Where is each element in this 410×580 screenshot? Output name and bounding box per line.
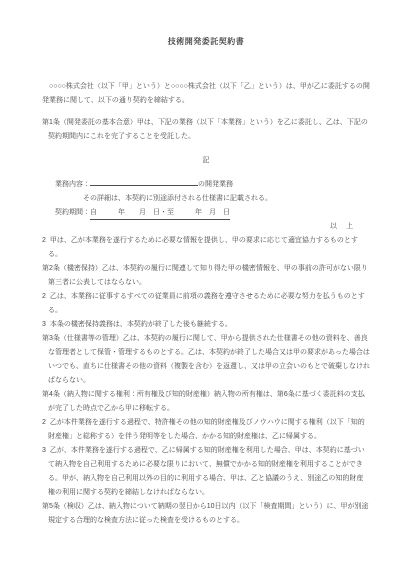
- contract-period-value: 自 年 月 日・至 年 月 日: [90, 206, 230, 220]
- clause-number: 2: [42, 419, 46, 426]
- document-title: 技術開発委託契約書: [42, 36, 370, 48]
- clause-text: 乙が、本件業務を遂行する過程で、乙に帰属する知的財産権を利用した場合、甲は、本契…: [48, 447, 365, 496]
- contract-clause: 第5条（検収）乙は、納入物について納期の翌日から10日以内（以下「検査期間」とい…: [42, 500, 370, 528]
- clause-text: 第5条（検収）乙は、納入物について納期の翌日から10日以内（以下「検査期間」とい…: [42, 503, 369, 524]
- article-1-clause: 第1条（開発委託の基本合意）甲は、下記の業務（以下「本業務」という）を乙に委託し…: [42, 116, 370, 144]
- clause-text: 第4条（納入物に関する権利：所有権及び知的財産権）納入物の所有権は、第6条に基づ…: [42, 391, 365, 412]
- work-detail-note: その詳細は、本契約に別途添付される仕様書に記載される。: [83, 192, 370, 206]
- contract-period-line: 契約期間：自 年 月 日・至 年 月 日: [55, 206, 370, 220]
- contract-clause: 第4条（納入物に関する権利：所有権及び知的財産権）納入物の所有権は、第6条に基づ…: [42, 388, 370, 416]
- clause-text: 乙は、本業務に従事するすべての従業員に前項の義務を遵守させるために必要な努力を払…: [48, 293, 365, 314]
- contract-clause: 2甲は、乙が本業務を遂行するために必要な情報を提供し、甲の要求に応じて適宜協力す…: [42, 234, 370, 262]
- contract-clause: 2乙が本件業務を遂行する過程で、特許権その他の知的財産権及びノウハウに関する権利…: [42, 416, 370, 444]
- clause-number: 3: [42, 447, 46, 454]
- clause-text: 甲は、乙が本業務を遂行するために必要な情報を提供し、甲の要求に応じて適宜協力する…: [48, 237, 358, 258]
- closing-ijo: 以 上: [42, 220, 370, 234]
- contract-clause: 3本条の機密保持義務は、本契約が終了した後も継続する。: [42, 318, 370, 332]
- contract-period-label: 契約期間：: [55, 209, 90, 216]
- work-description-line: 業務内容：の開発業務: [55, 178, 370, 192]
- work-description-label: 業務内容：: [55, 181, 90, 188]
- clause-text: 本条の機密保持義務は、本契約が終了した後も継続する。: [50, 321, 232, 328]
- preamble-paragraph: ○○○○株式会社（以下「甲」という）と○○○○株式会社（以下「乙」という）は、甲…: [42, 80, 370, 108]
- clause-text: 第2条（機密保持）乙は、本契約の履行に関連して知り得た甲の機密情報を、甲の事前の…: [42, 265, 368, 286]
- clause-list: 2甲は、乙が本業務を遂行するために必要な情報を提供し、甲の要求に応じて適宜協力す…: [42, 234, 370, 528]
- clause-text: 乙が本件業務を遂行する過程で、特許権その他の知的財産権及びノウハウに関する権利（…: [48, 419, 365, 440]
- clause-text: 第3条（仕様書等の管理）乙は、本契約の履行に関して、甲から提供された仕様書その他…: [42, 335, 370, 384]
- ki-heading: 記: [42, 154, 370, 168]
- contract-clause: 3乙が、本件業務を遂行する過程で、乙に帰属する知的財産権を利用した場合、甲は、本…: [42, 444, 370, 500]
- contract-clause: 第3条（仕様書等の管理）乙は、本契約の履行に関して、甲から提供された仕様書その他…: [42, 332, 370, 388]
- work-description-suffix: の開発業務: [198, 181, 233, 188]
- clause-number: 2: [42, 293, 46, 300]
- clause-number: 3: [42, 321, 46, 328]
- contract-clause: 第2条（機密保持）乙は、本契約の履行に関連して知り得た甲の機密情報を、甲の事前の…: [42, 262, 370, 290]
- work-description-blank-field: [90, 178, 198, 186]
- clause-number: 2: [42, 237, 46, 244]
- document-page: 技術開発委託契約書 ○○○○株式会社（以下「甲」という）と○○○○株式会社（以下…: [0, 0, 410, 580]
- contract-clause: 2乙は、本業務に従事するすべての従業員に前項の義務を遵守させるために必要な努力を…: [42, 290, 370, 318]
